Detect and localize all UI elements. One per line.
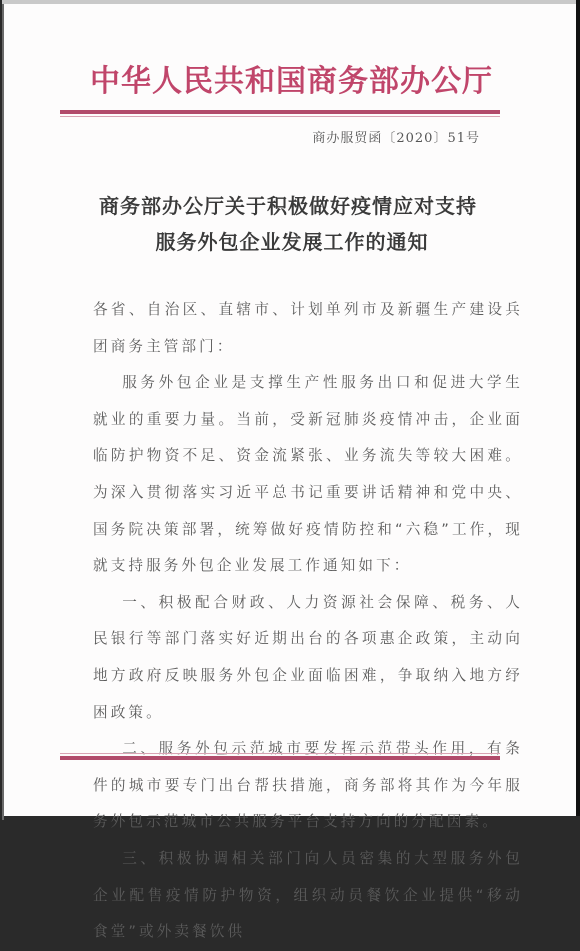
- recipients-line: 各省、自治区、直辖市、计划单列市及新疆生产建设兵团商务主管部门：: [93, 292, 523, 365]
- body-paragraph-item-2: 二、服务外包示范城市要发挥示范带头作用，有条件的城市要专门出台帮扶措施，商务部将…: [93, 731, 523, 816]
- document-title-line-2: 服务外包企业发展工作的通知: [2, 226, 580, 255]
- rule-thick-line: [60, 110, 500, 114]
- rule-thin-line: [60, 116, 500, 117]
- document-page: 中华人民共和国商务部办公厅 商办服贸函〔2020〕51号 商务部办公厅关于积极做…: [2, 0, 576, 816]
- page-right-edge: [576, 0, 580, 816]
- header-red-rule: [60, 110, 500, 117]
- document-title-line-1: 商务部办公厅关于积极做好疫情应对支持: [0, 190, 578, 219]
- page-left-edge: [2, 4, 4, 816]
- rule-thin-line: [60, 753, 500, 754]
- footer-red-rule: [60, 753, 500, 760]
- document-body: 各省、自治区、直辖市、计划单列市及新疆生产建设兵团商务主管部门： 服务外包企业是…: [93, 292, 523, 816]
- rule-thick-line: [60, 756, 500, 760]
- body-paragraph-intro: 服务外包企业是支撑生产性服务出口和促进大学生就业的重要力量。当前，受新冠肺炎疫情…: [93, 365, 523, 585]
- document-number: 商办服贸函〔2020〕51号: [312, 127, 480, 146]
- body-paragraph-item-1: 一、积极配合财政、人力资源社会保障、税务、人民银行等部门落实好近期出台的各项惠企…: [93, 585, 523, 731]
- issuing-organization-header: 中华人民共和国商务部办公厅: [90, 56, 510, 100]
